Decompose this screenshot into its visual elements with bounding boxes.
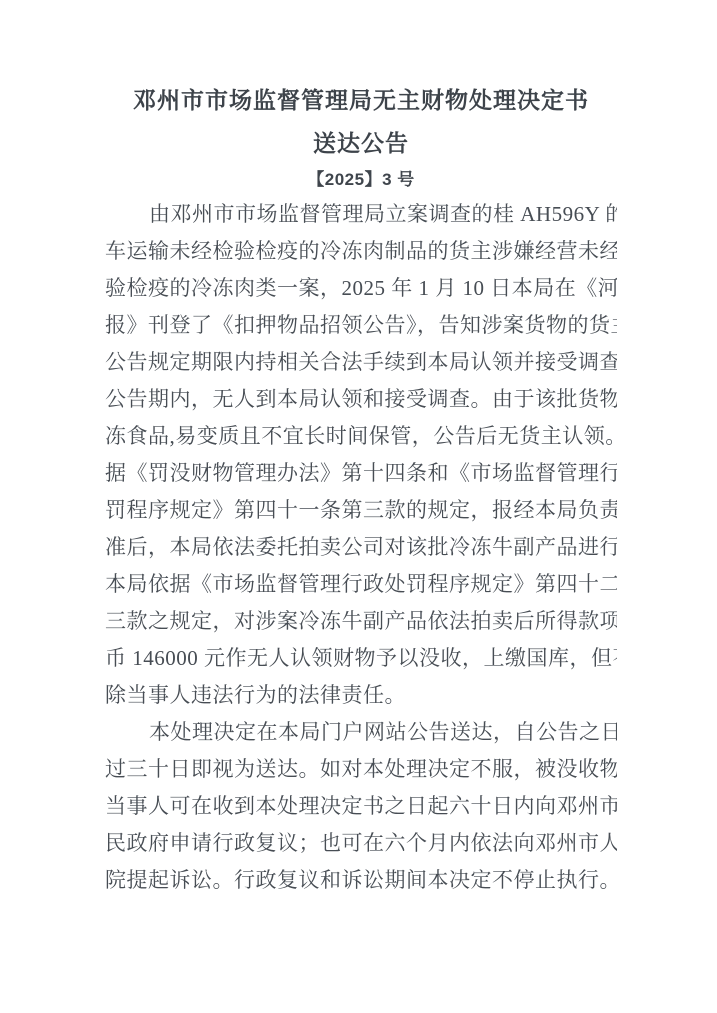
text-line: 报》刊登了《扣押物品招领公告》，告知涉案货物的货主在 [105, 307, 617, 344]
text-line: 公告规定期限内持相关合法手续到本局认领并接受调查。在 [105, 344, 617, 381]
text-line: 据《罚没财物管理办法》第十四条和《市场监督管理行政处 [105, 455, 617, 492]
text-line: 验检疫的冷冻肉类一案，2025 年 1 月 10 日本局在《河南日 [105, 270, 617, 307]
text-line: 本处理决定在本局门户网站公告送达，自公告之日起经 [105, 714, 617, 751]
text-line: 民政府申请行政复议；也可在六个月内依法向邓州市人民法 [105, 825, 617, 862]
text-line: 罚程序规定》第四十一条第三款的规定，报经本局负责人批 [105, 492, 617, 529]
text-line: 冻食品,易变质且不宜长时间保管，公告后无货主认领。依 [105, 418, 617, 455]
document-number: 【2025】3 号 [105, 165, 617, 190]
text-line: 本局依据《市场监督管理行政处罚程序规定》第四十二条第 [105, 566, 617, 603]
text-line: 准后，本局依法委托拍卖公司对该批冷冻牛副产品进行拍卖。 [105, 529, 617, 566]
text-line: 币 146000 元作无人认领财物予以没收，上缴国库，但不免 [105, 640, 617, 677]
text-line: 院提起诉讼。行政复议和诉讼期间本决定不停止执行。 [105, 862, 617, 899]
text-line: 车运输未经检验检疫的冷冻肉制品的货主涉嫌经营未经检 [105, 233, 617, 270]
document-body: 由邓州市市场监督管理局立案调查的桂 AH596Y 的冷藏车运输未经检验检疫的冷冻… [105, 196, 617, 899]
document-title-line2: 送达公告 [105, 125, 617, 158]
text-line: 除当事人违法行为的法律责任。 [105, 677, 617, 714]
text-line: 公告期内，无人到本局认领和接受调查。由于该批货物属冷 [105, 381, 617, 418]
text-line: 过三十日即视为送达。如对本处理决定不服，被没收物品的 [105, 751, 617, 788]
text-line: 三款之规定，对涉案冷冻牛副产品依法拍卖后所得款项人民 [105, 603, 617, 640]
document-page: 邓州市市场监督管理局无主财物处理决定书 送达公告 【2025】3 号 由邓州市市… [0, 0, 717, 1013]
document-title-line1: 邓州市市场监督管理局无主财物处理决定书 [105, 82, 617, 115]
text-line: 由邓州市市场监督管理局立案调查的桂 AH596Y 的冷藏 [105, 196, 617, 233]
text-line: 当事人可在收到本处理决定书之日起六十日内向邓州市人 [105, 788, 617, 825]
